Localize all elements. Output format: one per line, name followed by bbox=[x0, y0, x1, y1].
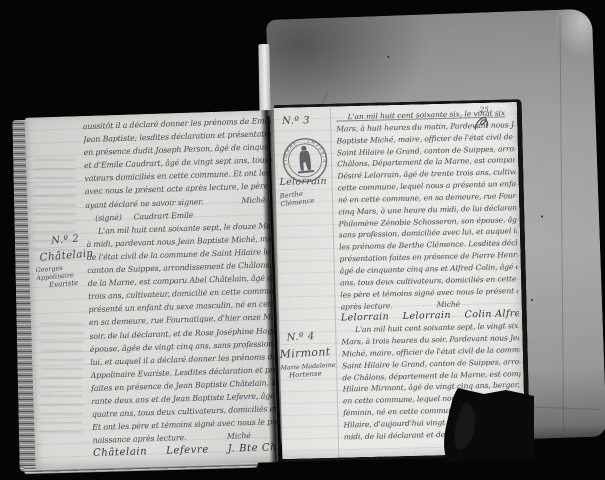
loose-page-edge bbox=[258, 44, 270, 116]
parchment-crease bbox=[559, 16, 564, 432]
stamp-figure-silhouette bbox=[298, 145, 311, 170]
record-surname: Mirmont bbox=[279, 345, 338, 361]
margin-note-record-3: N.º 3 TIMBRE IMPÉRIAL Lelorrain Berthe C… bbox=[278, 115, 334, 206]
record-2-text: L'an mil huit cent soixante sept, le dou… bbox=[86, 219, 281, 447]
left-page-manuscript: aussitôt il a déclaré donner les prénoms… bbox=[83, 114, 282, 461]
record-3-text: L'an mil huit cent soixante six, le ving… bbox=[336, 107, 519, 313]
paper-speck bbox=[531, 299, 533, 301]
paper-speck bbox=[387, 56, 389, 58]
register-left-page: N.º 2 Châtelain Georges Appolinaire Evar… bbox=[25, 110, 279, 469]
parchment-crease bbox=[535, 407, 599, 410]
record-given-names: Hortense bbox=[289, 369, 339, 380]
record-1-end-text: aussitôt il a déclaré donner les prénoms… bbox=[83, 114, 274, 225]
paper-speck bbox=[541, 215, 543, 217]
record-number: N.º 4 bbox=[286, 330, 337, 344]
margin-note-record-4: N.º 4 Mirmont Marie Madeleine Hortense bbox=[278, 330, 339, 380]
book-cover-corner bbox=[436, 388, 534, 462]
timbre-imperial-stamp: TIMBRE IMPÉRIAL bbox=[280, 135, 330, 185]
stamp-base-line bbox=[298, 170, 314, 173]
record-number: N.º 3 bbox=[282, 115, 332, 127]
record-child-name: Berthe Clémence bbox=[279, 186, 334, 208]
archive-photo-scene: N.º 2 Châtelain Georges Appolinaire Evar… bbox=[0, 0, 605, 480]
ink-bleed-through bbox=[41, 323, 83, 435]
